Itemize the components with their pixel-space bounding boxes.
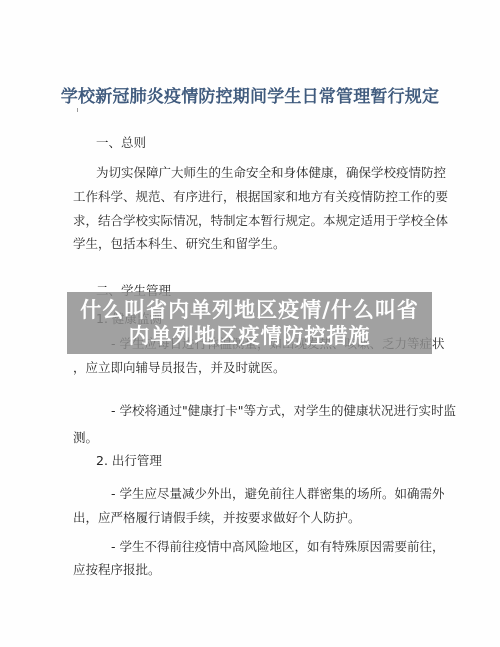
list-item-line: ，应立即向辅导员报告，并及时就医。 (73, 360, 286, 376)
overlay-line-2: 内单列地区疫情防控措施 (67, 323, 432, 349)
paragraph-line: 为切实保障广大师生的生命安全和身体健康，确保学校疫情防控 (96, 165, 446, 181)
list-item-line: 测。 (73, 430, 98, 446)
list-item-line: - 学生不得前往疫情中高风险地区，如有特殊原因需要前往， (111, 539, 445, 555)
document-page: 学校新冠肺炎疫情防控期间学生日常管理暂行规定 一、总则 为切实保障广大师生的生命… (0, 0, 500, 647)
paragraph-line: 求，结合学校实际情况，特制定本暂行规定。本规定适用于学校全体 (73, 213, 448, 229)
list-item-line: - 学生应尽量减少外出，避免前往人群密集的场所。如确需外 (111, 486, 445, 502)
paragraph-line: 学生，包括本科生、研究生和留学生。 (73, 236, 286, 252)
paragraph-line: 工作科学、规范、有序进行，根据国家和地方有关疫情防控工作的要 (73, 189, 448, 205)
list-item-line: 应按程序报批。 (73, 562, 161, 578)
subsection-heading-travel-management: 2. 出行管理 (96, 453, 162, 469)
section-heading-general: 一、总则 (96, 135, 146, 151)
list-item-line: 出，应严格履行请假手续，并按要求做好个人防护。 (73, 510, 361, 526)
document-title: 学校新冠肺炎疫情防控期间学生日常管理暂行规定 (0, 82, 500, 107)
stray-mark (77, 108, 78, 112)
headline-overlay-banner: 什么叫省内单列地区疫情/什么叫省 内单列地区疫情防控措施 (67, 292, 432, 354)
overlay-line-1: 什么叫省内单列地区疫情/什么叫省 (67, 297, 432, 323)
list-item-line: - 学校将通过"健康打卡"等方式，对学生的健康状况进行实时监 (111, 403, 456, 419)
